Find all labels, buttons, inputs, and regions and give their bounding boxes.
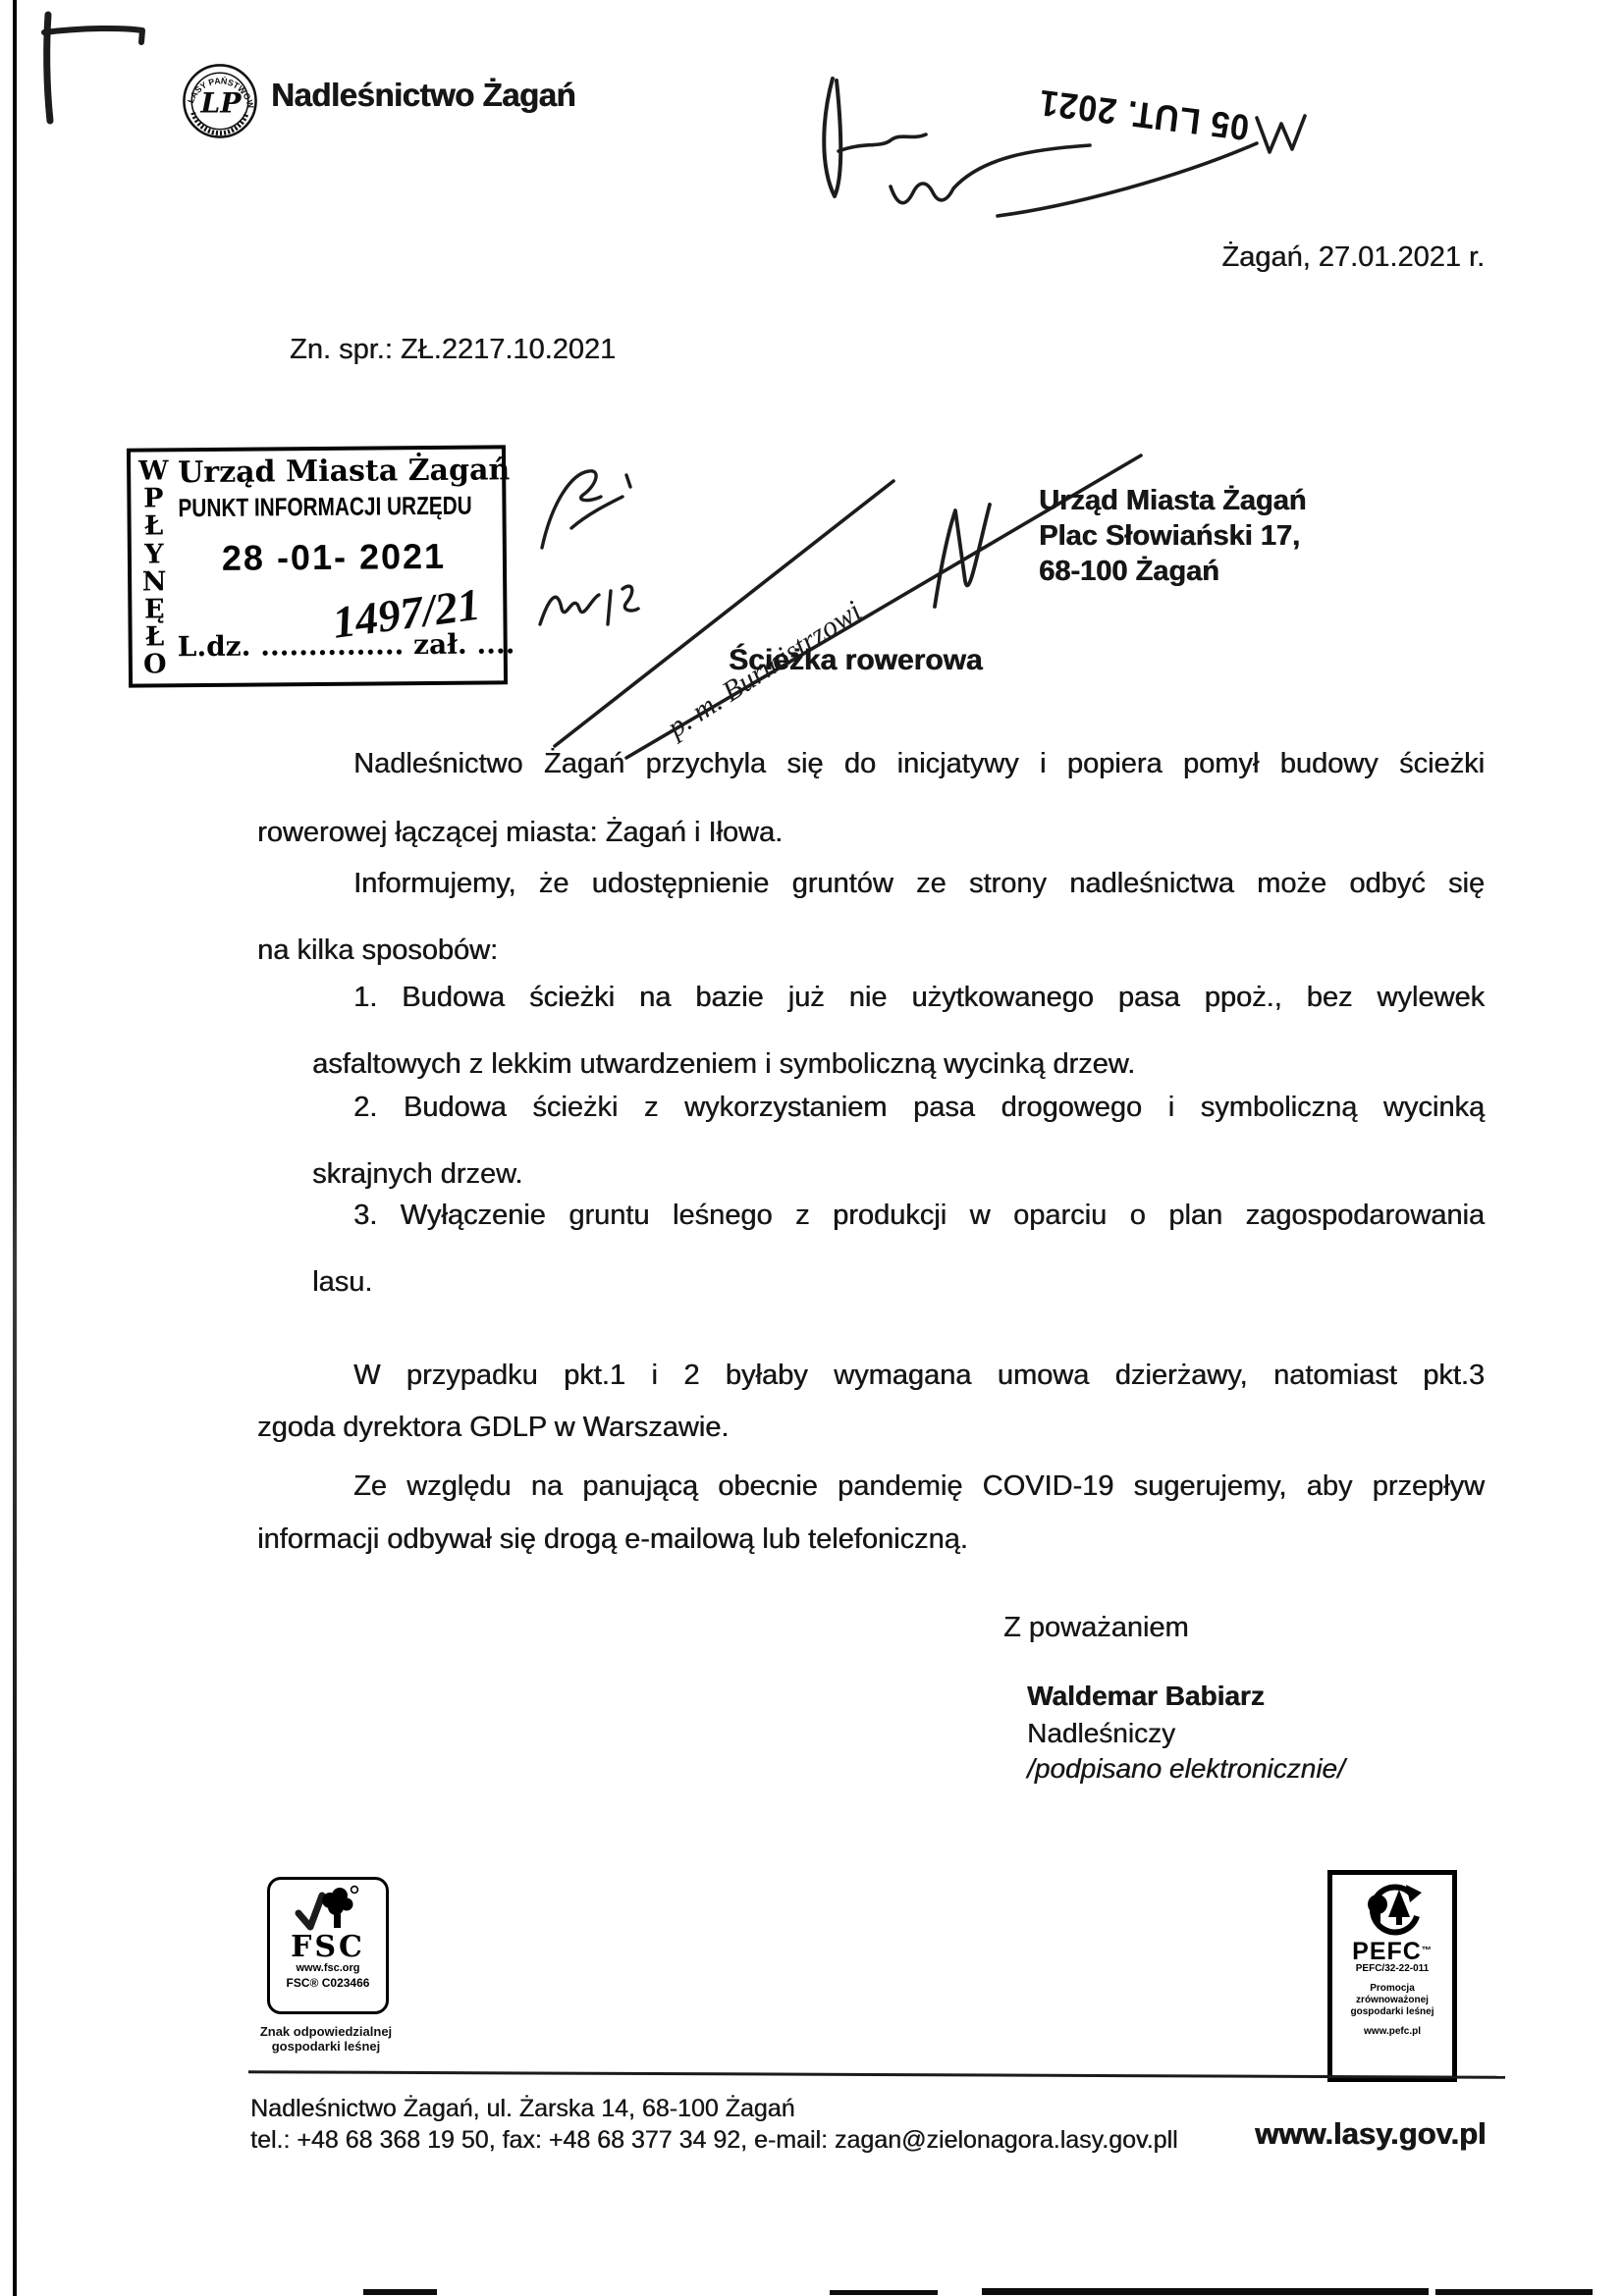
closing-salutation: Z poważaniem: [1003, 1612, 1189, 1644]
stamp-unit-name: PUNKT INFORMACJI URZĘDU: [178, 491, 472, 524]
scan-edge-line: [13, 0, 17, 2296]
body-p1-line1: Nadleśnictwo Żagań przychyla się do inic…: [257, 748, 1485, 780]
body-p2-line2: na kilka sposobów:: [257, 934, 1485, 967]
electronic-signature-note: /podpisano elektronicznie/: [1027, 1753, 1345, 1785]
org-name: Nadleśnictwo Żagań: [271, 77, 575, 114]
body-item3-line1: 3. Wyłączenie gruntu leśnego z produkcji…: [312, 1200, 1485, 1232]
place-and-date: Żagań, 27.01.2021 r.: [1129, 241, 1485, 274]
scanned-letter-page: LASY PAŃSTWOWE LP Nadleśnictwo Żagań 05 …: [0, 0, 1623, 2296]
body-p1-line2: rowerowej łączącej miasta: Żagań i Iłowa…: [257, 817, 1485, 849]
fsc-checkmark-tree-icon: [290, 1884, 366, 1935]
scan-artifact-bottom-4: [1435, 2289, 1593, 2295]
pefc-license-code: PEFC/32-22-011: [1332, 1963, 1452, 1975]
stamp-wplynelo-vertical: W P Ł Y N Ę Ł O: [138, 457, 170, 679]
fsc-url: www.fsc.org: [270, 1962, 386, 1975]
fsc-license-code: FSC® C023466: [270, 1975, 386, 1991]
received-stamp-box: W P Ł Y N Ę Ł O Urząd Miasta Żagań PUNKT…: [127, 445, 508, 687]
stamp-office-name: Urząd Miasta Żagań: [178, 453, 510, 490]
footer-contact: tel.: +48 68 368 19 50, fax: +48 68 377 …: [250, 2126, 1178, 2155]
body-item2-line2: skrajnych drzew.: [312, 1158, 1485, 1191]
scan-artifact-bottom-1: [363, 2289, 437, 2295]
body-p3-line2: zgoda dyrektora GDLP w Warszawie.: [257, 1412, 1485, 1444]
handwritten-corner-mark: [29, 5, 177, 133]
body-p4-line2: informacji odbywał się drogą e-mailową l…: [257, 1523, 1485, 1556]
reference-number: Zn. spr.: ZŁ.2217.10.2021: [290, 334, 616, 366]
body-item1-line1: 1. Budowa ścieżki na bazie już nie użytk…: [312, 982, 1485, 1014]
body-item3-line2: lasu.: [312, 1266, 1485, 1299]
scan-artifact-bottom-3: [982, 2288, 1429, 2295]
pefc-tm-mark: ™: [1422, 1946, 1433, 1956]
footer-address: Nadleśnictwo Żagań, ul. Żarska 14, 68-10…: [250, 2095, 794, 2123]
signer-title: Nadleśniczy: [1027, 1718, 1175, 1749]
stamp-received-date: 28 -01- 2021: [222, 536, 447, 579]
body-p3-line1: W przypadku pkt.1 i 2 byłaby wymagana um…: [257, 1360, 1485, 1392]
signer-name: Waldemar Babiarz: [1027, 1681, 1265, 1712]
pefc-url: www.pefc.pl: [1332, 2026, 1452, 2037]
pefc-logo-box: PEFC™ PEFC/32-22-011 Promocja zrównoważo…: [1327, 1870, 1457, 2082]
body-item2-line1: 2. Budowa ścieżki z wykorzystaniem pasa …: [312, 1092, 1485, 1124]
pefc-trees-icon: [1360, 1883, 1425, 1938]
body-p4-line1: Ze względu na panującą obecnie pandemię …: [257, 1470, 1485, 1503]
pefc-acronym: PEFC™: [1332, 1940, 1452, 1963]
recipient-address: Urząd Miasta Żagań Plac Słowiański 17, 6…: [1039, 483, 1306, 589]
footer-divider-line: [248, 2070, 1505, 2079]
stamp-ldz-line: L.dz. ............... zał. .... 1497/21: [178, 627, 515, 663]
subject-line: Ścieżka rowerowa: [729, 644, 982, 677]
pefc-caption: Promocja zrównoważonej gospodarki leśnej: [1332, 1983, 1452, 2018]
footer-website: www.lasy.gov.pl: [1255, 2116, 1486, 2152]
body-p2-line1: Informujemy, że udostępnienie gruntów ze…: [257, 868, 1485, 900]
fsc-acronym: FSC: [270, 1933, 386, 1962]
logo-lp-monogram: LP: [199, 86, 242, 120]
lasy-panstwowe-logo: LASY PAŃSTWOWE LP: [182, 63, 258, 139]
scan-artifact-bottom-2: [830, 2290, 938, 2295]
body-item1-line2: asfaltowych z lekkim utwardzeniem i symb…: [312, 1048, 1485, 1081]
fsc-caption: Znak odpowiedzialnej gospodarki leśnej: [247, 2024, 405, 2054]
fsc-logo-box: FSC www.fsc.org FSC® C023466: [267, 1877, 389, 2014]
